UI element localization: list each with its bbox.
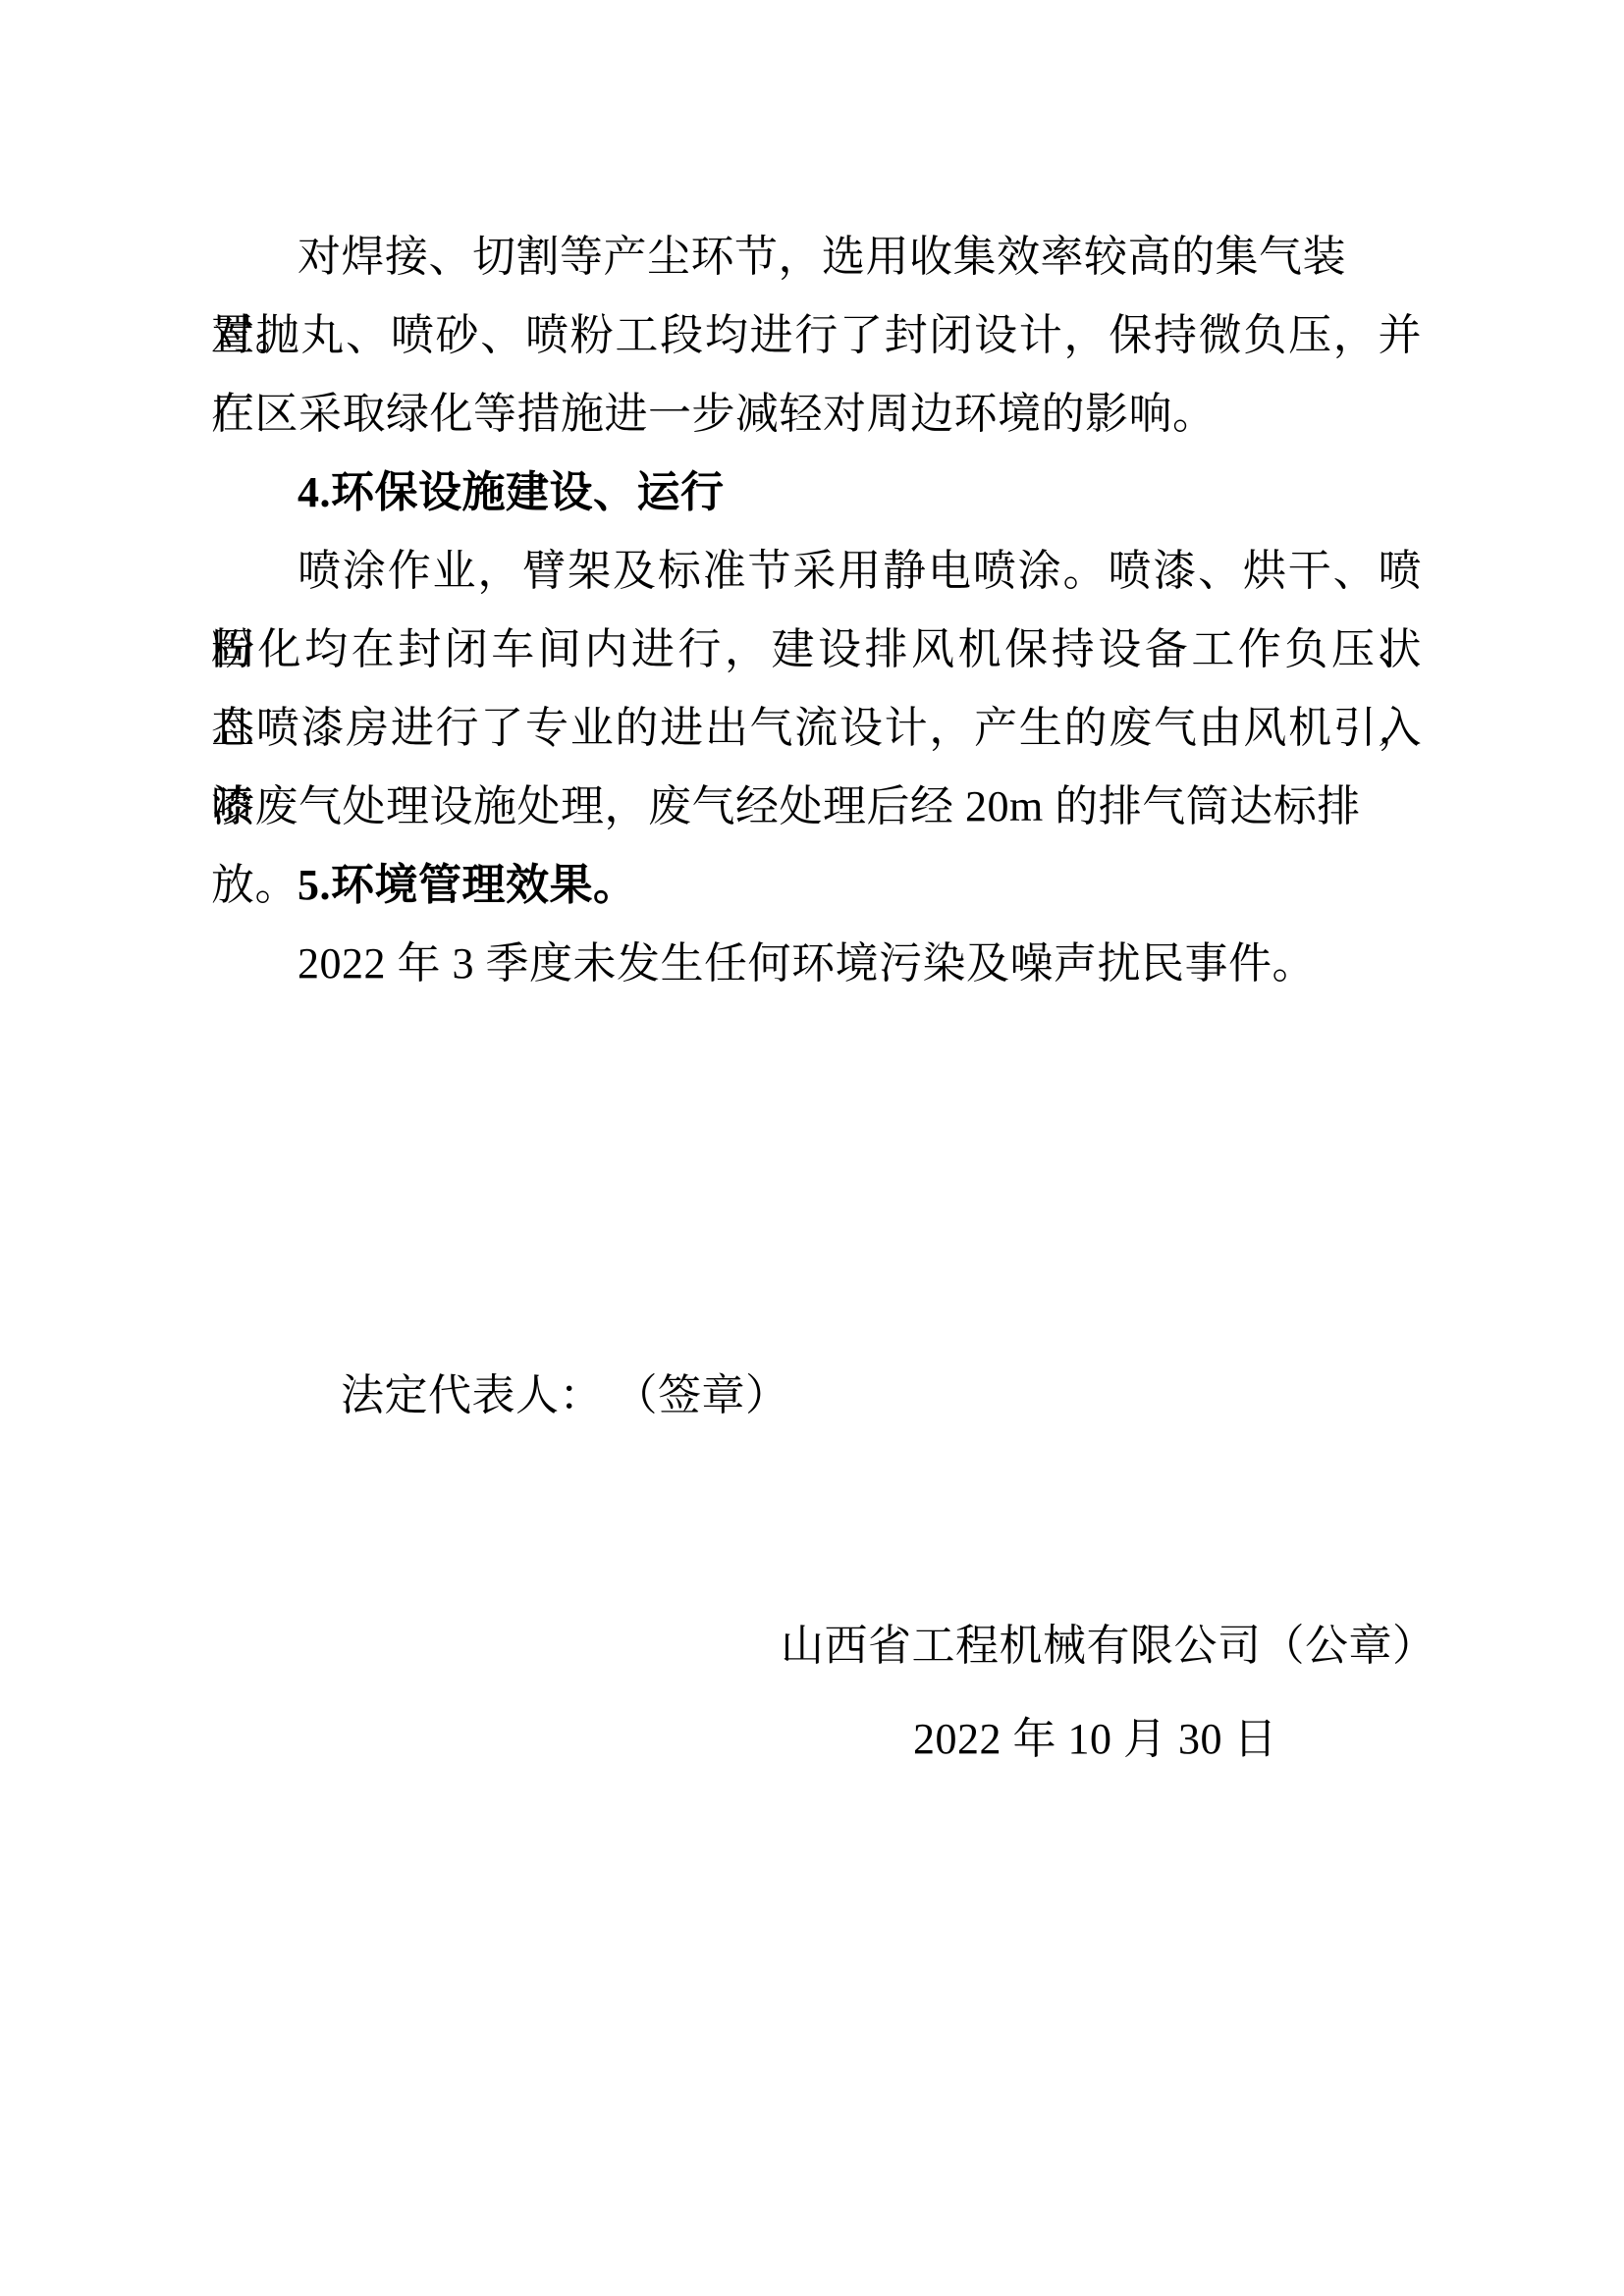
paragraph-line: 2022 年 3 季度未发生任何环境污染及噪声扰民事件。 bbox=[211, 925, 1422, 1003]
paragraph-line: 对抛丸、喷砂、喷粉工段均进行了封闭设计，保持微负压，并在 bbox=[211, 296, 1422, 375]
paragraph-line: 且喷漆房进行了专业的进出气流设计，产生的废气由风机引入喷 bbox=[211, 689, 1422, 768]
section-heading-5: 5.环境管理效果。 bbox=[211, 846, 1422, 925]
document-body: 对焊接、切割等产尘环节，选用收集效率较高的集气装置。 对抛丸、喷砂、喷粉工段均进… bbox=[211, 218, 1422, 1003]
legal-representative-line: 法定代表人： （签章） bbox=[341, 1357, 789, 1435]
paragraph-line: 喷涂作业，臂架及标准节采用静电喷涂。喷漆、烘干、喷粉、 bbox=[211, 532, 1422, 611]
date-line: 2022 年 10 月 30 日 bbox=[913, 1700, 1277, 1779]
paragraph-line: 固化均在封闭车间内进行，建设排风机保持设备工作负压状态， bbox=[211, 611, 1422, 689]
paragraph-line: 漆废气处理设施处理，废气经处理后经 20m 的排气筒达标排放。 bbox=[211, 768, 1422, 846]
paragraph-line: 厂区采取绿化等措施进一步减轻对周边环境的影响。 bbox=[211, 375, 1422, 454]
company-seal-line: 山西省工程机械有限公司（公章） bbox=[781, 1607, 1436, 1685]
paragraph-line: 对焊接、切割等产尘环节，选用收集效率较高的集气装置。 bbox=[211, 218, 1422, 296]
document-page: 对焊接、切割等产尘环节，选用收集效率较高的集气装置。 对抛丸、喷砂、喷粉工段均进… bbox=[0, 0, 1624, 2296]
section-heading-4: 4.环保设施建设、运行 bbox=[211, 454, 1422, 532]
